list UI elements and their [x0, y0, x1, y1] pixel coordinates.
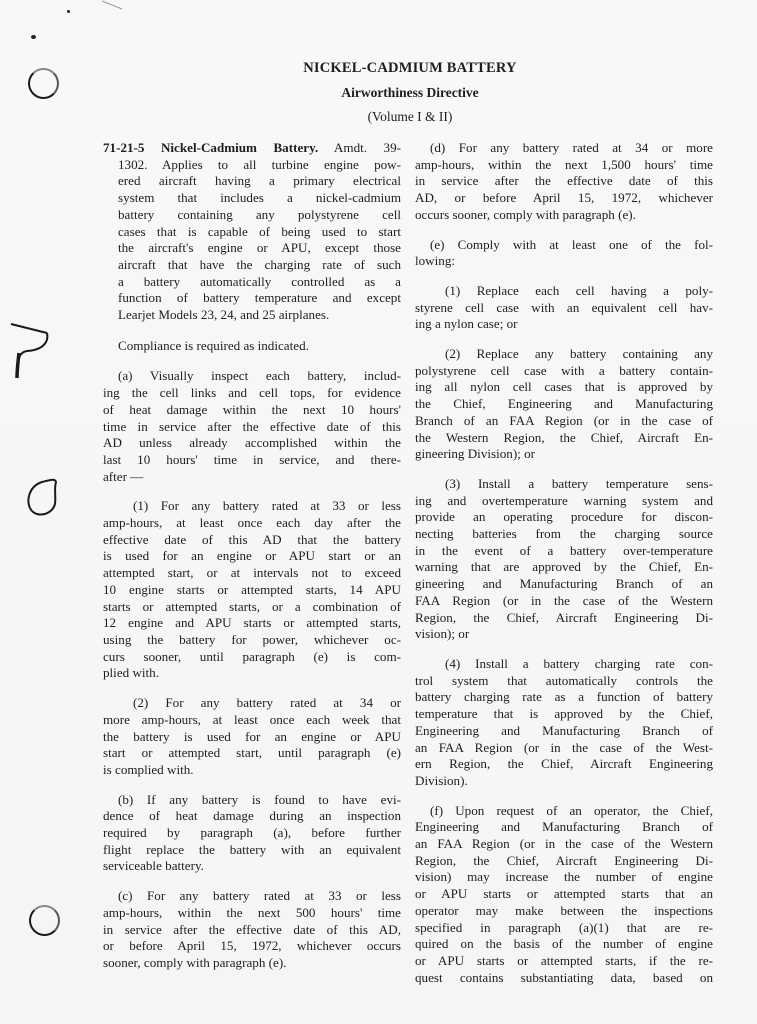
paragraph-e4: (4) Install a battery charging rate con-… [415, 656, 713, 790]
text-line: last 10 hours' time in service, and ther… [103, 452, 401, 469]
text-line: start or attempted start, until paragrap… [103, 745, 401, 762]
text-line: ing a nylon case; or [415, 316, 713, 333]
text-line: system that includes a nickel-cadmium [118, 190, 401, 207]
text-line: or APU starts or attempted starts, if th… [415, 953, 713, 970]
text-line: (1) Replace each cell having a poly- [415, 283, 713, 300]
text-line: warning that are approved by the Chief, … [415, 559, 713, 576]
text-line: gineering and Manufacturing Branch of an [415, 576, 713, 593]
pen-hook-mark [5, 318, 50, 383]
text-line: the Chief, Engineering and Manufacturing [415, 396, 713, 413]
text-line: polystyrene cell case with a battery con… [415, 363, 713, 380]
paragraph-e2: (2) Replace any battery containing any p… [415, 346, 713, 463]
text-line: flight replace the battery with an equiv… [103, 842, 401, 859]
text-line: ern Region, the Chief, Aircraft Engineer… [415, 756, 713, 773]
paragraph-a1: (1) For any battery rated at 33 or less … [103, 498, 401, 682]
paragraph-f: (f) Upon request of an operator, the Chi… [415, 803, 713, 987]
text-line: 1302. Applies to all turbine engine pow- [118, 157, 401, 174]
text-line: battery containing any polystyrene cell [118, 207, 401, 224]
text-line: Region, the Chief, Aircraft Engineering … [415, 853, 713, 870]
text-line: in the event of a battery over-temperatu… [415, 543, 713, 560]
paragraph-b: (b) If any battery is found to have evi-… [103, 792, 401, 876]
document-header: NICKEL-CADMIUM BATTERY Airworthiness Dir… [230, 58, 590, 127]
text-line: 10 engine starts or attempted starts, 14… [103, 582, 401, 599]
text-line: plied with. [103, 665, 401, 682]
text-line: a battery automatically controlled as a [118, 274, 401, 291]
text-line: Engineering and Manufacturing Branch of [415, 819, 713, 836]
text-line: starts or attempted starts, or a combina… [103, 599, 401, 616]
text-line: lowing: [415, 253, 713, 270]
compliance-statement: Compliance is required as indicated. [103, 338, 401, 355]
text-line: styrene cell case with an equivalent cel… [415, 300, 713, 317]
text-line: Learjet Models 23, 24, and 25 airplanes. [118, 307, 401, 324]
text-line: aircraft that have the charging rate of … [118, 257, 401, 274]
text-line: or before April 15, 1972, whichever occu… [103, 938, 401, 955]
text-line: AD unless already accomplished within th… [103, 435, 401, 452]
text-line: curs sooner, until paragraph (e) is com- [103, 649, 401, 666]
text-line: amp-hours, within the next 1,500 hours' … [415, 157, 713, 174]
text-line: Branch of an FAA Region (or in the case … [415, 413, 713, 430]
text-line: battery charging rate as a function of b… [415, 689, 713, 706]
text-line: vision) may increase the number of engin… [415, 869, 713, 886]
text-line: amp-hours, at least once each day after … [103, 515, 401, 532]
text-line: time in service after the effective date… [103, 419, 401, 436]
text-line: (2) Replace any battery containing any [415, 346, 713, 363]
text-line: is complied with. [103, 762, 401, 779]
text-line: (1) For any battery rated at 33 or less [103, 498, 401, 515]
text-line: ered aircraft having a primary electrica… [118, 173, 401, 190]
text-line: cases that is capable of being used to s… [118, 224, 401, 241]
text-line: Region, the Chief, Aircraft Engineering … [415, 610, 713, 627]
text-line: trol system that automatically controls … [415, 673, 713, 690]
document-volume: (Volume I & II) [230, 107, 590, 127]
text-line: (e) Comply with at least one of the fol- [415, 237, 713, 254]
document-subtitle: Airworthiness Directive [230, 83, 590, 103]
text-line: quired on the basis of the number of eng… [415, 936, 713, 953]
text-line: necting batteries from the charging sour… [415, 526, 713, 543]
text-line: Division). [415, 773, 713, 790]
text-line: temperature that is approved by the Chie… [415, 706, 713, 723]
text-line: after — [103, 469, 401, 486]
text-line: the Western Region, the Chief, Aircraft … [415, 430, 713, 447]
text-line: quest contains substantiating data, base… [415, 970, 713, 987]
paragraph-e1: (1) Replace each cell having a poly- sty… [415, 283, 713, 333]
ad-heading-first-line: 71-21-5 Nickel-Cadmium Battery. Amdt. 39… [103, 140, 401, 157]
text-line: Engineering and Manufacturing Branch of [415, 723, 713, 740]
text-line: an FAA Region (or in the case of the Wes… [415, 836, 713, 853]
text-line: provide an operating procedure for disco… [415, 509, 713, 526]
text-line: (3) Install a battery temperature sens- [415, 476, 713, 493]
text-line: ing the cell links and cell tops, for ev… [103, 385, 401, 402]
text-line: (c) For any battery rated at 33 or less [103, 888, 401, 905]
ink-speck [31, 35, 36, 39]
text-line: attempted start, or at intervals not to … [103, 565, 401, 582]
text-line: serviceable battery. [103, 858, 401, 875]
ad-heading-paragraph: 71-21-5 Nickel-Cadmium Battery. Amdt. 39… [103, 140, 401, 324]
document-title: NICKEL-CADMIUM BATTERY [230, 58, 590, 78]
text-line: using the battery for power, whichever o… [103, 632, 401, 649]
text-line: (d) For any battery rated at 34 or more [415, 140, 713, 157]
pen-teardrop-mark [22, 476, 62, 521]
binder-hole-top [28, 68, 59, 99]
text-line: specified in paragraph (a)(1) that are r… [415, 920, 713, 937]
text-line: of heat damage within the next 10 hours' [103, 402, 401, 419]
right-column: (d) For any battery rated at 34 or more … [415, 140, 713, 996]
text-line: effective date of this AD that the batte… [103, 532, 401, 549]
binder-hole-bottom [29, 905, 60, 936]
text-line: 12 engine and APU starts or attempted st… [103, 615, 401, 632]
paragraph-d: (d) For any battery rated at 34 or more … [415, 140, 713, 224]
paragraph-a: (a) Visually inspect each battery, inclu… [103, 368, 401, 485]
text-line: AD, or before April 15, 1972, whichever [415, 190, 713, 207]
text-line: (a) Visually inspect each battery, inclu… [103, 368, 401, 385]
ad-heading-body: 1302. Applies to all turbine engine pow-… [103, 157, 401, 324]
text-line: operator may make between the inspection… [415, 903, 713, 920]
text-line: (f) Upon request of an operator, the Chi… [415, 803, 713, 820]
text-line: dence of heat damage during an inspectio… [103, 808, 401, 825]
paragraph-a2: (2) For any battery rated at 34 or more … [103, 695, 401, 779]
paragraph-e: (e) Comply with at least one of the fol-… [415, 237, 713, 270]
text-line: (4) Install a battery charging rate con- [415, 656, 713, 673]
text-line: sooner, comply with paragraph (e). [103, 955, 401, 972]
text-line: the battery is used for an engine or APU [103, 729, 401, 746]
left-column: 71-21-5 Nickel-Cadmium Battery. Amdt. 39… [103, 140, 401, 982]
text-line: in service after the effective date of t… [103, 922, 401, 939]
paragraph-e3: (3) Install a battery temperature sens- … [415, 476, 713, 643]
ad-number-title: 71-21-5 Nickel-Cadmium Battery. [103, 140, 318, 155]
pencil-stroke [100, 0, 125, 12]
text-line: occurs sooner, comply with paragraph (e)… [415, 207, 713, 224]
text-line: function of battery temperature and exce… [118, 290, 401, 307]
text-line: ing and overtemperature warning system a… [415, 493, 713, 510]
text-line: in service after the effective date of t… [415, 173, 713, 190]
compliance-paragraph: Compliance is required as indicated. [103, 338, 401, 355]
text-line: FAA Region (or in the case of the Wester… [415, 593, 713, 610]
text-line: more amp-hours, at least once each week … [103, 712, 401, 729]
text-line: or APU starts or attempted starts that a… [415, 886, 713, 903]
text-line: is used for an engine or APU start or an [103, 548, 401, 565]
ink-speck [67, 10, 70, 13]
text-line: the aircraft's engine or APU, except tho… [118, 240, 401, 257]
text-line: (2) For any battery rated at 34 or [103, 695, 401, 712]
text-line: gineering Division); or [415, 446, 713, 463]
text-line: ing all nylon cell cases that is approve… [415, 379, 713, 396]
paragraph-c: (c) For any battery rated at 33 or less … [103, 888, 401, 972]
text-line: (b) If any battery is found to have evi- [103, 792, 401, 809]
text-line: vision); or [415, 626, 713, 643]
text-line: an FAA Region (or in the case of the Wes… [415, 740, 713, 757]
scanned-document-page: NICKEL-CADMIUM BATTERY Airworthiness Dir… [0, 0, 757, 1024]
text-line: amp-hours, within the next 500 hours' ti… [103, 905, 401, 922]
ad-amendment: Amdt. 39- [318, 140, 401, 155]
text-line: required by paragraph (a), before furthe… [103, 825, 401, 842]
